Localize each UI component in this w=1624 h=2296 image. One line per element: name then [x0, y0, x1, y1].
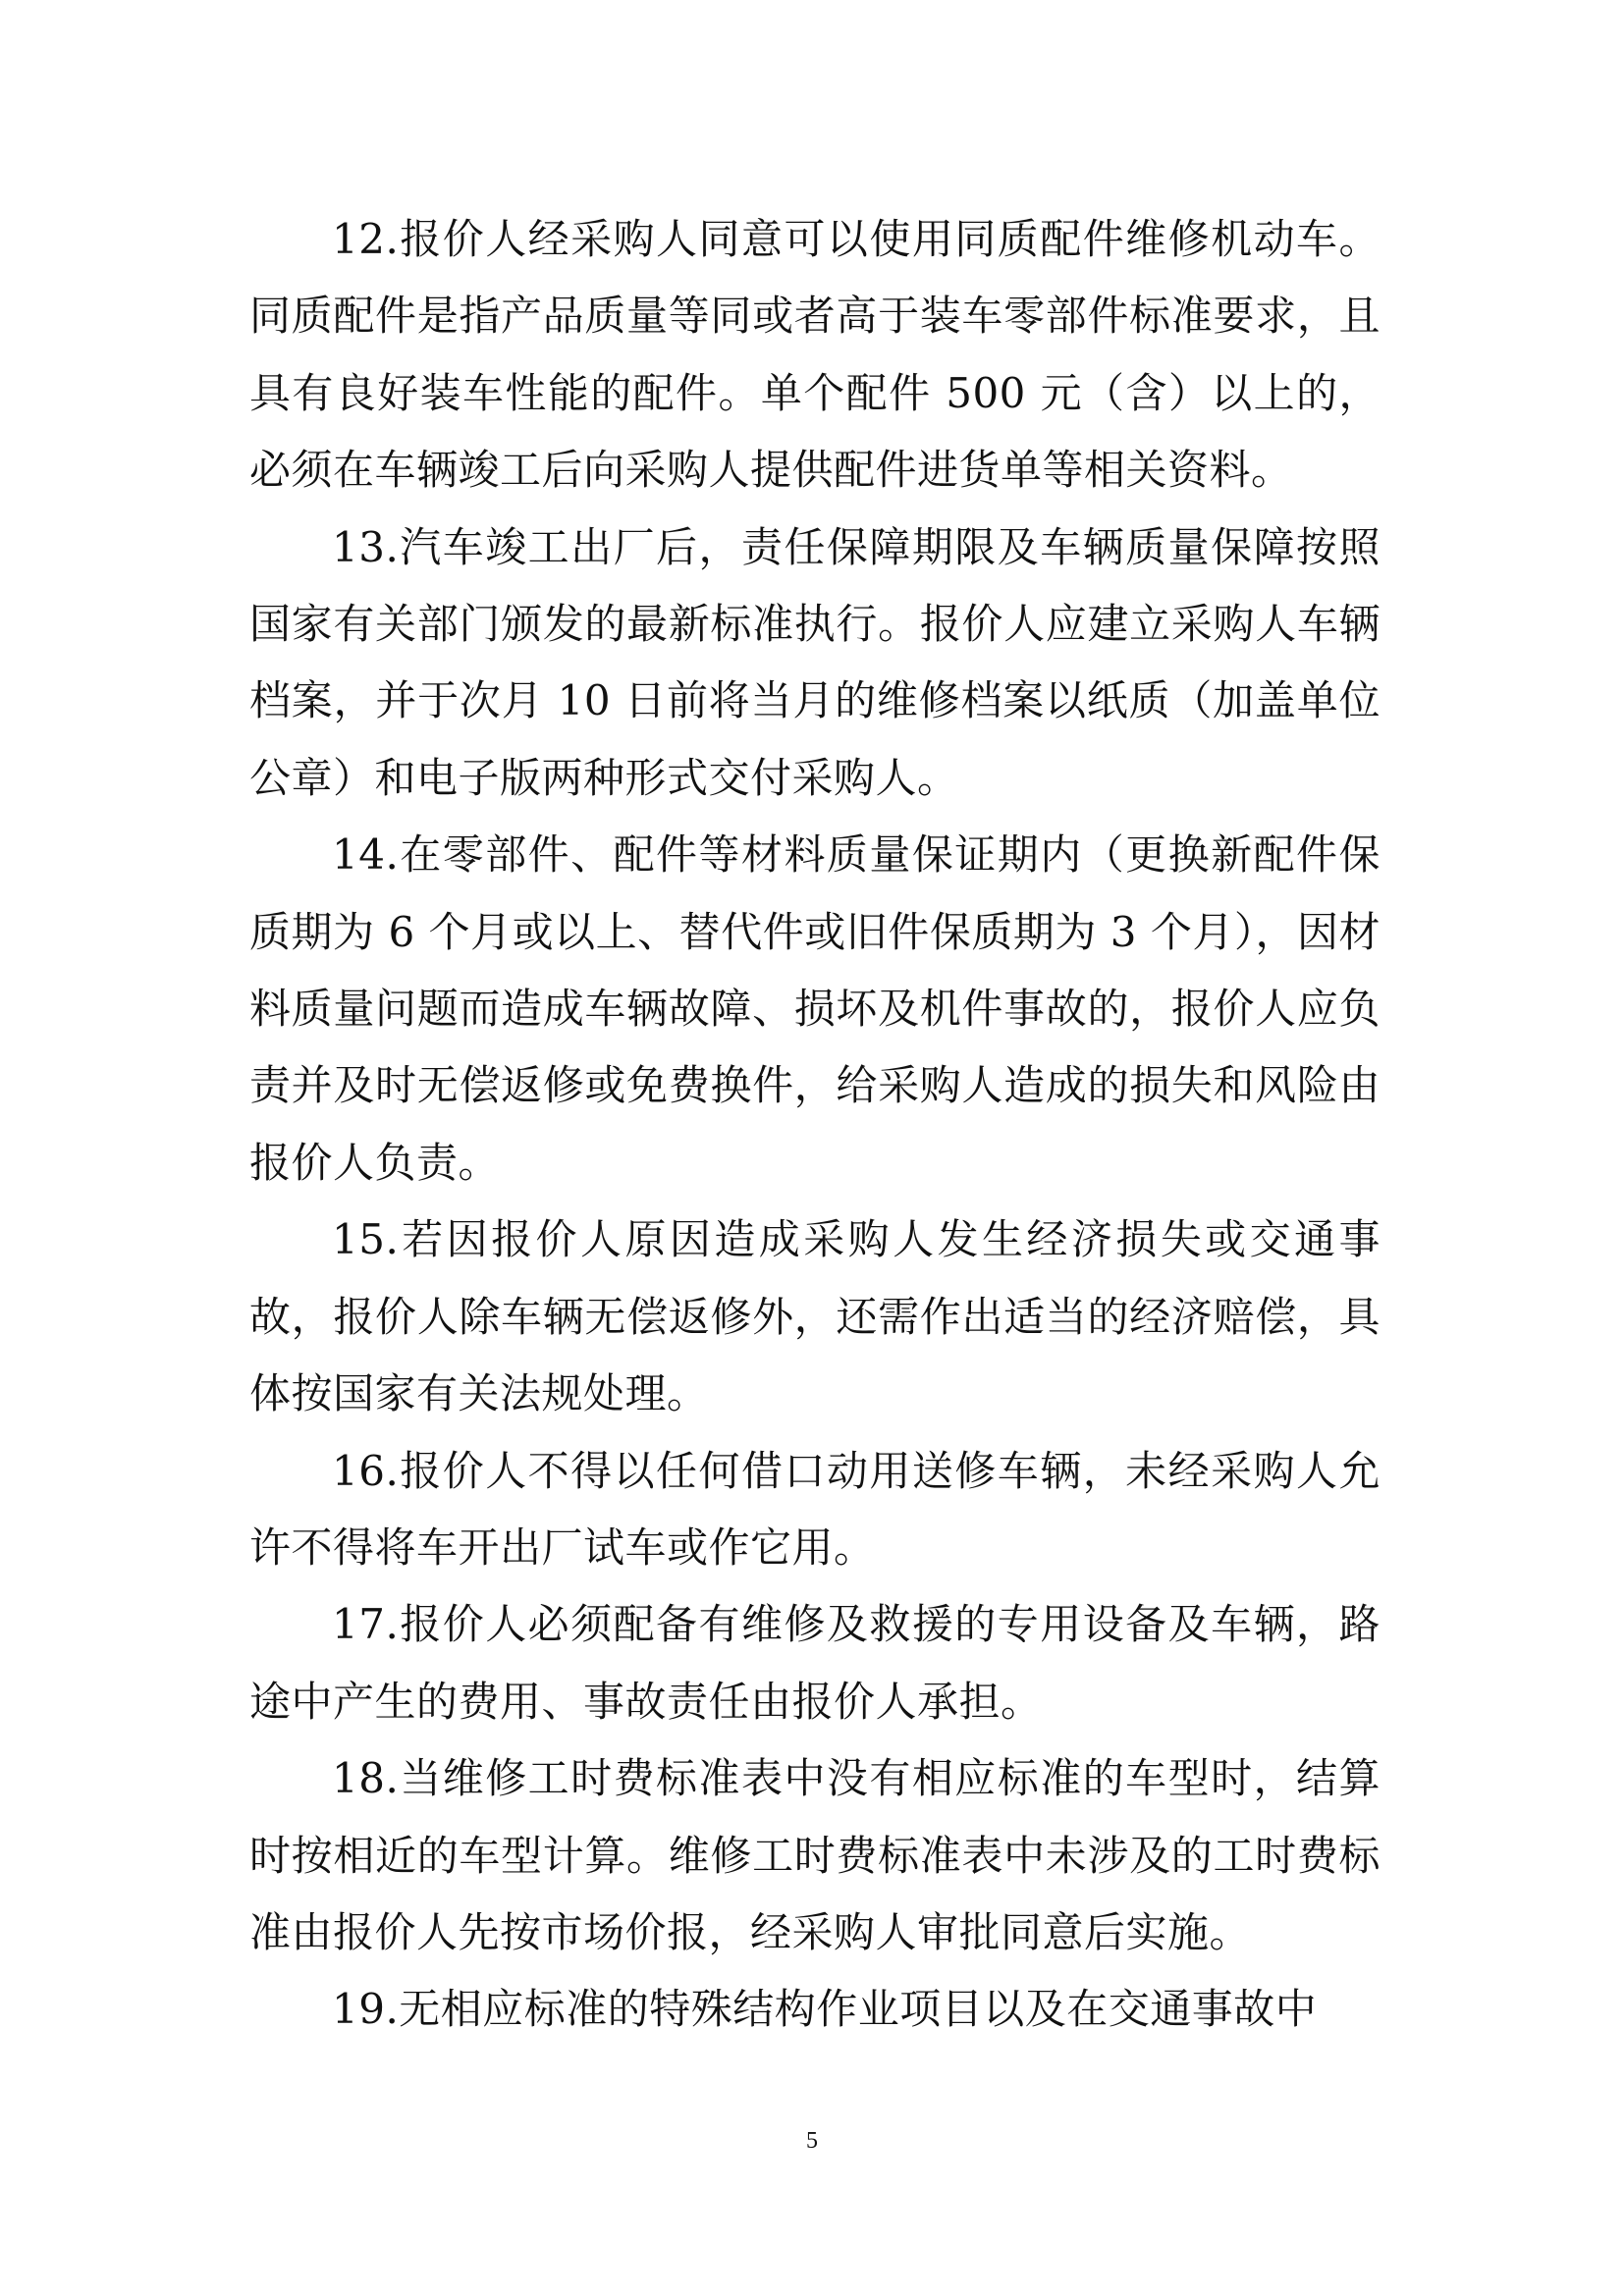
clause-18: 18.当维修工时费标准表中没有相应标准的车型时，结算时按相近的车型计算。维修工时…	[249, 1740, 1380, 1971]
clause-15: 15.若因报价人原因造成采购人发生经济损失或交通事故，报价人除车辆无偿返修外，还…	[249, 1201, 1380, 1432]
clause-14: 14.在零部件、配件等材料质量保证期内（更换新配件保质期为 6 个月或以上、替代…	[249, 817, 1380, 1201]
clause-17: 17.报价人必须配备有维修及救援的专用设备及车辆，路途中产生的费用、事故责任由报…	[249, 1586, 1380, 1740]
document-body: 12.报价人经采购人同意可以使用同质配件维修机动车。同质配件是指产品质量等同或者…	[249, 201, 1380, 2049]
page-number: 5	[0, 2128, 1624, 2155]
clause-13: 13.汽车竣工出厂后，责任保障期限及车辆质量保障按照国家有关部门颁发的最新标准执…	[249, 509, 1380, 818]
clause-19: 19.无相应标准的特殊结构作业项目以及在交通事故中	[249, 1971, 1380, 2048]
clause-16: 16.报价人不得以任何借口动用送修车辆，未经采购人允许不得将车开出厂试车或作它用…	[249, 1433, 1380, 1587]
clause-12: 12.报价人经采购人同意可以使用同质配件维修机动车。同质配件是指产品质量等同或者…	[249, 201, 1380, 509]
